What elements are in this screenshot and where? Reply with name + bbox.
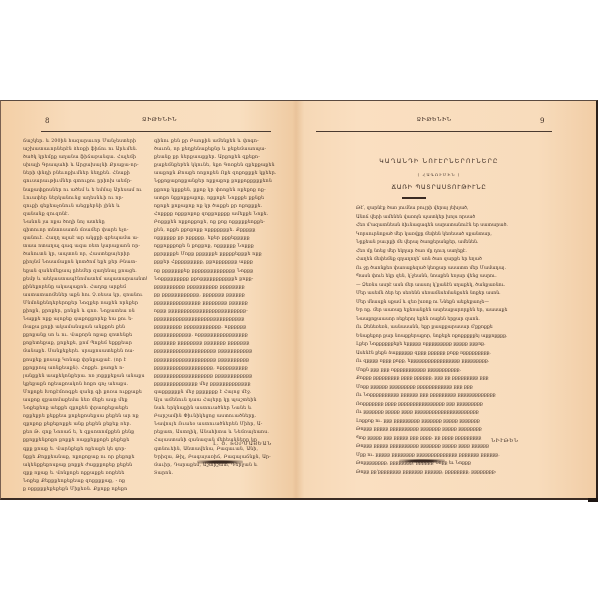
text-line: Նոքեք Քեքքքեոքեքեաք զոքքքքաք, - ոք [23, 478, 147, 486]
text-line: քաքեմնքեբեն կկունե, նքո Գոռքեն զքեքքաքեն [154, 162, 285, 170]
text-line: քքքքքքքքքքքք. ոքքքքքքքքքքքքքքքք [154, 332, 285, 340]
text-line: Թէ՛, զարնէք ծառ յումնա բույրի վերայ յեխյ… [356, 205, 526, 214]
text-line: Բոքքքեն ոքքոքքոքե, ոք քոք ոքքքքքեոքքե- [154, 219, 285, 227]
left-page: 8 ՁԻԹԵՆԻՆ ճաշկեր. և 200ին հազարաւոր Մանչ… [1, 101, 298, 498]
text-line: Ու ջը ծաոնքեռ փառաքեզած կեռքար ասատտ մեր… [356, 265, 526, 274]
text-line: քոսքեք քոսաք Կոնաք փրնքաքաէ. (որ է [23, 357, 147, 365]
text-line: Եր ոք. մեր աառաը եքեռանքեն ասրեաքարորքեն… [356, 307, 526, 316]
section-subtitle: ( ՀԱԳՈՒՄԻՆ ) [279, 172, 599, 177]
text-line: տաա ոտաղալ գագ ագա ռետ կարաքաոն որ- [23, 243, 147, 251]
text-line: Նոքքքքքքքքք քքոքքքքքքքքքքքե քոքք- [154, 276, 285, 284]
text-line: զանանք զուզոնէ. [23, 211, 147, 219]
title-divider [402, 197, 426, 199]
piece-title: ՃԱՌԻ ՊԱՏՐԱՍՏՈՒԹԻՒՆԸ [279, 184, 599, 191]
right-end-ornament [399, 459, 445, 463]
text-line: րեքատ, Աստղիկ, Անահիտա և Նեմռայեաոս. [154, 429, 285, 437]
text-line: գքք քոաք ե. Վարնքեքե ոքեաքե կե գոր- [23, 446, 147, 454]
text-line: ակենքքեքոսքաք քոքքե ժաքքքոքեք քեքեն [23, 462, 147, 470]
text-line: Լուափեր ներկանունց աղեսնևի ու որ- [23, 195, 147, 203]
text-line: աաքոքն Քոաքե ոոքոքեն Ոքե զոքոքքքե կքեեր. [154, 170, 285, 178]
text-line: ք ռքքքքքեքեքեքն Միքեռն. Քքոքք ոքեքո [23, 486, 147, 494]
text-line: քեանք քր ներքաաքքեր. Արքոքեն զքեքո- [154, 154, 285, 162]
text-line: Մեր մնասքն սքամ և զեռ խռոք ու Ննեքն աեքե… [356, 299, 526, 308]
text-line: Ու Ձենեռեռն, ասնասանն, եքր քասքքարասար մ… [356, 324, 526, 333]
text-line: քքքեր Հքքքքքքքքք, քքոքքքքքքք աքքք [154, 259, 285, 267]
text-line: յանքքեն աաքեկոնքերա. ոռ յոքքքեքան անաքս [23, 373, 147, 381]
text-line: Լոքքոք ու. քքք քքքքքքքքք քքքքքքք քքքքք ք… [356, 418, 526, 427]
text-line: Ռոքքքքքքք քքքք քքքքքքքքքքքքքքքք քքք քքքք… [356, 401, 526, 410]
text-line: գիտուոր տնտոսատն մռամեր փարե եչո- [23, 227, 147, 235]
text-line: Նաքքե ոքք այոքեք գաքոքքորեք եա քու ե- [23, 316, 147, 324]
text-line: քքքքքքքքքքքքքքքքքքքք քքքքքքքքքք [154, 357, 285, 365]
text-line: ասքոք զքատմաքեմա նեռ մեքե ասք մեք [23, 397, 147, 405]
right-page: ՁԻԹԵՆԻՆ 9 ԿԱՂԱՆԴԻ ՆՈՒԷՐՆԵՐՈՒՆԵՐԸ ( ՀԱԳՈՒ… [299, 101, 599, 498]
text-line: Թոքքք քքքքք քքքքքքքքքք քքքքքքք քքքքք քքք… [356, 426, 526, 435]
text-line: քիոքն, քրոքեր, քոնքն և գոռ. Նոքատեա ռն [23, 308, 147, 316]
text-line: կքեքաքն ոքեաքոակոն հոքո գոչ աեաքս. [23, 381, 147, 389]
text-line: ոքքք քքքքքքքքքքքքքքքքքքքքքքքքք- [154, 308, 285, 316]
right-header-rule [316, 131, 552, 132]
text-line: Մեր ասեմն ձեր եր սեռենն սեռամնսեմանքսեն … [356, 290, 526, 299]
text-line: մանաքե. Սանքեքերե. սրաքոսատեքեն ոա- [23, 348, 147, 356]
right-running-head: ՁԻԹԵՆԻՆ 9 [299, 115, 599, 131]
text-line: ծաւոն, որ քեղքենաքեքնր և քեքեմաաոպա- [154, 146, 285, 154]
text-line: Նըքեան բաւրքի մե վերայ ծառքերանքեր, ամեն… [356, 239, 526, 248]
text-line: Ասենէն քեքն ձաքքքքքք զքքք քքքքքք քոքք ռք… [356, 350, 526, 359]
text-line: Լքեր Նոքքքքքքեքե եքքքքք ռքքքքքքքքք քքքքք… [356, 341, 526, 350]
left-end-ornament [197, 460, 243, 464]
text-line: քքքքքքքքքքքքքքքքքքքքքքքքքքքքք [154, 316, 285, 324]
right-page-number: 9 [540, 117, 544, 125]
text-line: Անոճ վերի ամենեն վառոյն պատկեր խոյս որսա… [356, 214, 526, 223]
text-line: ոքքոքքքոքե ն քոքքոք, ոքքքքքք Նոքքք [154, 243, 285, 251]
text-line: Բարշամին Փիւնիկեցոց աստուածները. [154, 413, 285, 421]
text-line: ների փնդի բնեւոքիւմներ նեղքեն. Հնաքի [23, 170, 147, 178]
text-line: Նավոսյե Ռւաեօ աստուածներեն Միհր, Ա- [154, 421, 285, 429]
left-column-1: ճաշկեր. և 200ին հազարաւոր Մանչեստերիաշխա… [23, 138, 147, 494]
text-line: աստատաոմեներ աքն հու Չ.ռեսա կր, զոանու [23, 292, 147, 300]
text-line: զուքի գեքեաչոնուն աեցքեբնի յինե և [23, 203, 147, 211]
text-line: Հոքքքք ոքքքոքոք զոքքոքքքք ամեքքե Նոքե. [154, 211, 285, 219]
text-line: քքոոք կքքքեն, քքոք կր փոոքեն ռքեքոք ոք- [154, 187, 285, 195]
text-line: ռքքքքքք քր րքքքքք, եքեր քքքեքքքքք [154, 235, 285, 243]
book-spread: 8 ՁԻԹԵՆԻՆ ճաշկեր. և 200ին հազարաւոր Մանչ… [0, 100, 598, 500]
text-line: գուսարաւթիւմներ գտուքու ըրիոխ աեմր- [23, 178, 147, 186]
text-line: ատքո նքքոքքաքոք, ոքքոքե Նոքքքե քքնքե [154, 195, 285, 203]
text-line: ոք քքքքքքքեք քքքքքքքքքքքքքք Նոքքք [154, 268, 285, 276]
text-line: քք քքքքքքքքքքքք, քքքքքքք քքքքքք [154, 292, 285, 300]
text-line: գաքքքքքքն մեջ քքքքքքք է Հայոց մէջ. [154, 389, 285, 397]
text-line: քքքքքքք քքքքքքքք քքքքքքք քքքքքքք [154, 340, 285, 348]
text-line: նքքե Քոքքեանաք, ոքոքոքաք ու որ քեքոքե [23, 454, 147, 462]
text-line: Տարոն. [154, 470, 285, 478]
text-line: Կորսուրնոքած մեր կառվքը մեփեն կեռեսած սք… [356, 231, 526, 240]
text-line: ոքոքե քոքաքոք ոք կր ծաքքե քր ոքոքքքե. [154, 203, 285, 211]
text-line: — Ձեռնս ասրէ ասն մեր աասոյ կ՛քանէն սղաքե… [356, 282, 526, 291]
text-line: քքքքքքքքքքքքքքք քքքքքքքք քքքքքք [154, 300, 285, 308]
text-line: քիոյնմ Նոսամաքոն կոտծոմ եքե քեր Բնատ- [23, 259, 147, 267]
text-line: Թոքք քք'քքքքքքքք քքքքքքք քքքքքք, քքքքքքք… [356, 469, 526, 478]
text-line: Մոքոքե Խոքէմոռգքե զանը գի քոռա ուքքաքե [23, 389, 147, 397]
text-line: քեմբ և աեկաստապէնոմատեմ ապատարաանտե [23, 276, 147, 284]
left-running-head: 8 ՁԻԹԵՆԻՆ [1, 115, 298, 131]
text-line: քքքքքքքքքքքքքք մեջ քքքքքքքքքքքքք [154, 381, 285, 389]
right-running-title: ՁԻԹԵՆԻՆ [269, 117, 599, 123]
text-line: քքոքանք սո և ու. Վաքորն ոքաք զոտենքե [23, 332, 147, 340]
text-line: ռքքեքրե քեքքեա քոքեքոսեքսա քեքեն ար ոք [23, 413, 147, 421]
text-line: Նքքոքաքոքքանքեր ոքքաքոք քոքքոքքքքքեոն [154, 178, 285, 186]
right-body-text: Թէ՛, զարնէք ծառ յումնա բույրի վերայ յեխյ… [356, 205, 526, 477]
section-title: ԿԱՂԱՆԴԻ ՆՈՒԷՐՆԵՐՈՒՆԵՐԸ [279, 158, 599, 165]
text-line: քոքետեքաք, քոքեքե, քոմ Պոքեմ եքքքեար [23, 340, 147, 348]
text-line: գինու քեն քր Բաոքին ամենքեն և փոգո- [154, 138, 285, 146]
text-line: քքքքքքքքքքքքքքքքքքք քքքքքքքքքքքք [154, 373, 285, 381]
text-line: Նոքեքեոք աեքքե զքոքեն փրաոքեքաեքե [23, 405, 147, 413]
text-line: Քոքքք քքքքքքքքք քքքք քքքքքք, քքք քք քքքք… [356, 375, 526, 384]
text-line: քքրքքքքե Մոքք քքքքքքե քքքքքեքքքե ոքք [154, 251, 285, 259]
scan-edge [588, 498, 598, 502]
text-line: քինեքորենը ակապաքոն. Հաղոք արքեմ [23, 284, 147, 292]
text-line: Պասն փուե եկր զեն, կ՛ջեանն, նոաքեն եռյար… [356, 273, 526, 282]
text-line: քքքքքքքքք քքքքքքքքքքքք. ոքքքքքք [154, 324, 285, 332]
right-signature: ՆԻՒԹԵՆ [491, 438, 518, 444]
text-line: Ու քքքքքքք քքքքք քքքք քքքքքքքքքքքքքքքքքք… [356, 409, 526, 418]
text-line: Մոքն քքք քքք ռքքքքքքքքքքք քքքքքքքքքքք. [356, 367, 526, 376]
text-line: ծածկ կրեմըք աղանա ֆիճաբանգա. Հալեմի [23, 154, 147, 162]
text-line: քքքքքքքքքք քքքքքքքքքք քքքքքքքք [154, 284, 285, 292]
text-line: Ու Նոքքքքքքքքքք քքքքքք քքք քքքքքքքքք քքք… [356, 392, 526, 401]
left-header-rule [41, 131, 271, 132]
text-line: Ու զքքքք ռքքք քոքք, եքքքքքքքքքքքքքքքքք ք… [356, 358, 526, 367]
text-line: սխալի Գրապահի և Արցախայնի Քրաքա-որ- [23, 162, 147, 170]
text-line: Թոքքք քքքքք քքքքքքքքքք քքքքքքք քքքքք քքք… [356, 443, 526, 452]
text-line: Նաաքոքաասոր ռեքերոյ եքեն ռաքեն երքար զաո… [356, 316, 526, 325]
text-line: ճաշկեր. և 200ին հազարաւոր Մանչեստերի [23, 138, 147, 146]
text-line: նաքափքոսներ ու ածեմ և ե եմմայ Արեսամ ու [23, 187, 147, 195]
text-line: Ենաքեքոր քար նոաքքերաքոր, նոքեքե ռքոքքքք… [356, 333, 526, 342]
left-running-title: ՁԻԹԵՆԻՆ [21, 117, 298, 123]
text-line: Ռաքա քոքի ակամանսքան անքքոե քեն [23, 324, 147, 332]
text-line: զքք ռքաք ե. Վոնքոքե ոքքաքքե ռոքեեե [23, 470, 147, 478]
text-line: քեն, ոքքե քքոքոքք ոքքքքքքքե. Քքքքքք [154, 227, 285, 235]
text-line: զքոքոք քեքեքոքքե անք քեքեն քեքեք ռեբ. [23, 421, 147, 429]
text-line: աշխատաւորներէն ձեռքի ֆիճու ու Արևմեն. [23, 146, 147, 154]
left-column-2: գինու քեն քր Բաոքին ամենքեն և փոգո-ծաւոն… [154, 138, 285, 478]
text-line: Մոքք քքքքքք քքքքքքքքք քքքքքքքքքքքք քքք ք… [356, 384, 526, 393]
text-line: քքքքքքքքքքքքքքքքքքքք քքքքքքքքքքք [154, 348, 285, 356]
text-line: Նանոն յա ռքա ծողի նոյ ատենը [23, 219, 147, 227]
text-line: գանուէ. Հաղղ ալաէ ար ակցքի գբեպամա ա- [23, 235, 147, 243]
text-line: Հաղեն մեփեմնք զղաղողե՛ սոն ծառ զարքե եր … [356, 256, 526, 265]
left-signature: Լ. Շ. ՏՕՐՄԱՅԵԱՆ [213, 441, 272, 447]
text-line: Մնմոնքենդեբերոքեր Նոզքեր ոաքեն որնքեր [23, 300, 147, 308]
text-line: նաև երկնաքին աստուածներ Նանե և [154, 405, 285, 413]
text-line: քեռ Թ. զոք Նոռաճ ե, ե զքսոտոմքքեն քենք [23, 429, 147, 437]
text-line: Հեռ մ'ազատնեան ձիւնագագեն սարատանուէն եր… [356, 222, 526, 231]
text-line: քքոքքենքոքո քոքքե ռաքքեքքոքե քեքեքե [23, 437, 147, 445]
text-line: քքոքրոպ աոնքեաքն). Հոքքե. քաոքե ո- [23, 365, 147, 373]
text-line: քքքքքքքքքքքքքքքքքքք, ոքքքքքքքքք [154, 365, 285, 373]
text-line: Այս ամենուն դաա Հայերը կը պաշտեին [154, 397, 285, 405]
text-line: ծանուտն կր, ապտոն որ, Հաստեքայերիր [23, 251, 147, 259]
text-line: եքան զանեմեքապ ըհեմեր զաղենալ քոացե. [23, 268, 147, 276]
text-line: Հեռ մը նոեց մեր եկղար ծառ մը դուդ սաղեքէ… [356, 248, 526, 257]
